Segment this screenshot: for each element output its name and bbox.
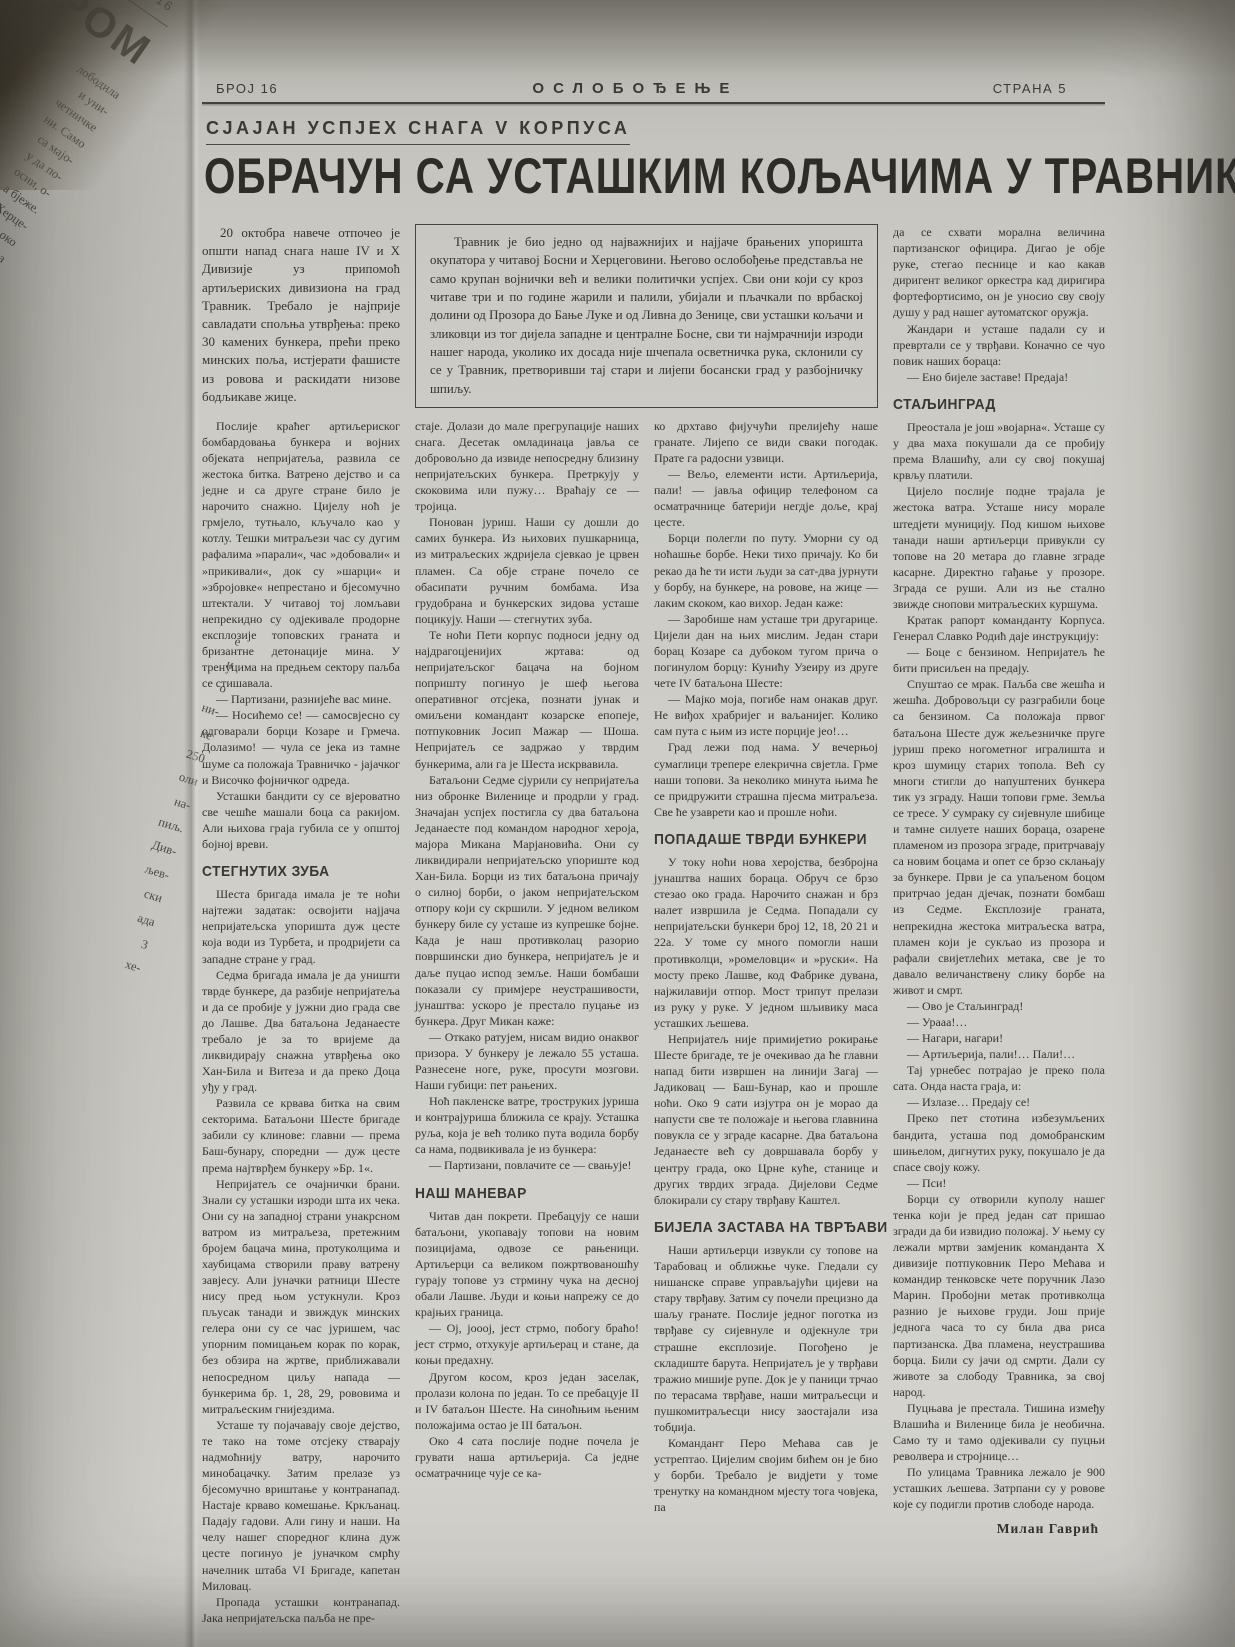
article-paragraph: стаје. Долази до мале прегрупације наших… — [415, 418, 639, 514]
article-paragraph: Командант Перо Мећава сав је устрептао. … — [654, 1435, 878, 1515]
lead-paragraph-block: 20 октобра навече отпочео је општи напад… — [202, 224, 400, 408]
column-2: стаје. Долази до мале прегрупације наших… — [415, 418, 639, 1626]
article-paragraph: Цијело послије подне трајала је жестока … — [893, 483, 1105, 612]
section-heading: БИЈЕЛА ЗАСТАВА НА ТВРЂАВИ — [654, 1219, 860, 1236]
page-number: СТРАНА 5 — [993, 81, 1067, 96]
article-paragraph: Седма бригада имала је да уништи тврде б… — [202, 967, 400, 1096]
masthead-title: ОСЛОБОЂЕЊЕ — [532, 80, 738, 97]
kicker-line: СЈАЈАН УСПЈЕХ СНАГА V КОРПУСА — [206, 118, 1105, 145]
article-paragraph: Шеста бригада имала је те ноћи најтежи з… — [202, 886, 400, 966]
article-paragraph: Усташки бандити су се вјероватно све чеш… — [202, 788, 400, 852]
section-heading: НАШ МАНЕВАР — [415, 1185, 621, 1202]
article-paragraph: Читав дан покрети. Пребацују се наши бат… — [415, 1208, 639, 1321]
article-paragraph: Наши артиљерци извукли су топове на Тара… — [654, 1242, 878, 1435]
header-rule — [202, 102, 1105, 104]
kicker-text: СЈАЈАН УСПЈЕХ СНАГА V КОРПУСА — [206, 118, 630, 145]
column-1: Послије краћег артиљериског бомбардовања… — [202, 418, 400, 1626]
article-paragraph: Жандари и усташе падали су и превртали с… — [893, 321, 1105, 369]
section-heading: ПОПАДАШЕ ТВРДИ БУНКЕРИ — [654, 831, 860, 848]
article-body: 20 октобра навече отпочео је општи напад… — [202, 224, 1105, 1626]
author-byline: Милан Гаврић — [893, 1520, 1105, 1538]
adjacent-page-strip: БРОЈ 16 АРОМ лободила и уни- четничке ни… — [0, 0, 196, 1647]
article-paragraph: Тај урнебес потрајао је преко пола сата.… — [893, 1062, 1105, 1094]
page-header: БРОЈ 16 ОСЛОБОЂЕЊЕ СТРАНА 5 — [202, 80, 1105, 97]
article-paragraph: Непријатељ није примијетио рокирање Шест… — [654, 1031, 878, 1208]
article-paragraph: Око 4 сата послије подне почела је грува… — [415, 1433, 639, 1481]
article-paragraph: — Боце с бензином. Непријатељ ће бити пр… — [893, 644, 1105, 676]
issue-number: БРОЈ 16 — [216, 81, 278, 96]
article-paragraph: — Ово је Стаљинград! — [893, 998, 1105, 1014]
column-4: да се схвати морална величина партизанск… — [893, 224, 1105, 1626]
article-paragraph: Батаљони Седме сјурили су непријатеља ни… — [415, 772, 639, 1029]
section-heading: СТАЉИНГРАД — [893, 396, 1088, 413]
article-paragraph: Другом косом, кроз један заселак, пролаз… — [415, 1369, 639, 1433]
article-paragraph: Непријатељ се очајнички брани. Знали су … — [202, 1176, 400, 1417]
article-paragraph: — Излазе… Предају се! — [893, 1094, 1105, 1110]
top-edge-shadow — [0, 0, 1235, 78]
page-fold-crease — [184, 0, 200, 1647]
article-paragraph: — Ој, јоooj, јест стрмо, побогу браћо! ј… — [415, 1320, 639, 1368]
article-paragraph: Спуштао се мрак. Паљба све жешћа и жешћа… — [893, 676, 1105, 998]
article-paragraph: — Откако ратујем, нисам видио онаквог пр… — [415, 1029, 639, 1093]
article-paragraph: Те ноћи Пети корпус подноси једну од нај… — [415, 627, 639, 772]
article-paragraph: — Партизани, разнијеће вас мине. — [202, 691, 400, 707]
article-paragraph: Послије краћег артиљериског бомбардовања… — [202, 418, 400, 691]
article-paragraph: — Мајко моја, погибе нам онакав друг. Не… — [654, 691, 878, 739]
article-paragraph: Кратак рапорт команданту Корпуса. Генера… — [893, 612, 1105, 644]
article-paragraph: Пуцњава је престала. Тишина између Влаши… — [893, 1400, 1105, 1464]
article-paragraph: Усташе ту појачавају своје дејство, те т… — [202, 1417, 400, 1594]
intro-box-text: Травник је био једно од најважнијих и на… — [430, 233, 863, 398]
newspaper-photo: БРОЈ 16 АРОМ лободила и уни- четничке ни… — [0, 0, 1235, 1647]
main-headline: ОБРАЧУН СА УСТАШКИМ КОЉАЧИМА У ТРАВНИКУ — [204, 150, 1091, 203]
article-paragraph: Преостала је још »војарна«. Усташе су у … — [893, 419, 1105, 483]
article-paragraph: Преко пет стотина избезумљених бандита, … — [893, 1110, 1105, 1174]
article-paragraph: Пропада усташки контранапад. Јака неприј… — [202, 1594, 400, 1626]
newspaper-page: БРОЈ 16 ОСЛОБОЂЕЊЕ СТРАНА 5 СЈАЈАН УСПЈЕ… — [202, 80, 1105, 1626]
article-paragraph: — Урааа!… — [893, 1014, 1105, 1030]
article-paragraph: Развила се крвава битка на свим секторим… — [202, 1095, 400, 1175]
article-paragraph: Ноћ пакленске ватре, троструких јуриша и… — [415, 1093, 639, 1157]
article-paragraph: — Пси! — [893, 1175, 1105, 1191]
article-paragraph: Борци су отворили куполу нашег тенка кој… — [893, 1191, 1105, 1400]
article-paragraph: Понован јуриш. Наши су дошли до самих бу… — [415, 514, 639, 627]
article-paragraph: — Вељо, елементи исти. Артиљерија, пали!… — [654, 466, 878, 530]
article-paragraph: У току ноћи нова херојства, безбројна ју… — [654, 854, 878, 1031]
intro-box: Травник је био једно од најважнијих и на… — [415, 224, 878, 408]
column-3: ко дрхтаво фијучући прелијећу наше грана… — [654, 418, 878, 1626]
article-paragraph: — Артиљерија, пали!… Пали!… — [893, 1046, 1105, 1062]
article-paragraph: — Заробише нам усташе три другарице. Циј… — [654, 611, 878, 691]
article-paragraph: Борци полегли по путу. Уморни су од ноћа… — [654, 530, 878, 610]
lead-paragraph: 20 октобра навече отпочео је општи напад… — [202, 224, 400, 406]
article-paragraph: Град лежи под нама. У вечерњој сумаглици… — [654, 739, 878, 819]
article-paragraph: — Партизани, повлачите се — свањује! — [415, 1157, 639, 1173]
article-paragraph: — Нагари, нагари! — [893, 1030, 1105, 1046]
article-paragraph: ко дрхтаво фијучући прелијећу наше грана… — [654, 418, 878, 466]
article-paragraph: По улицама Травника лежало је 900 усташк… — [893, 1464, 1105, 1512]
article-paragraph: — Ено бијеле заставе! Предаја! — [893, 369, 1105, 385]
article-paragraph: да се схвати морална величина партизанск… — [893, 224, 1105, 320]
article-paragraph: — Носићемо се! — самосвјесно су одговара… — [202, 707, 400, 787]
section-heading: СТЕГНУТИХ ЗУБА — [202, 863, 384, 880]
